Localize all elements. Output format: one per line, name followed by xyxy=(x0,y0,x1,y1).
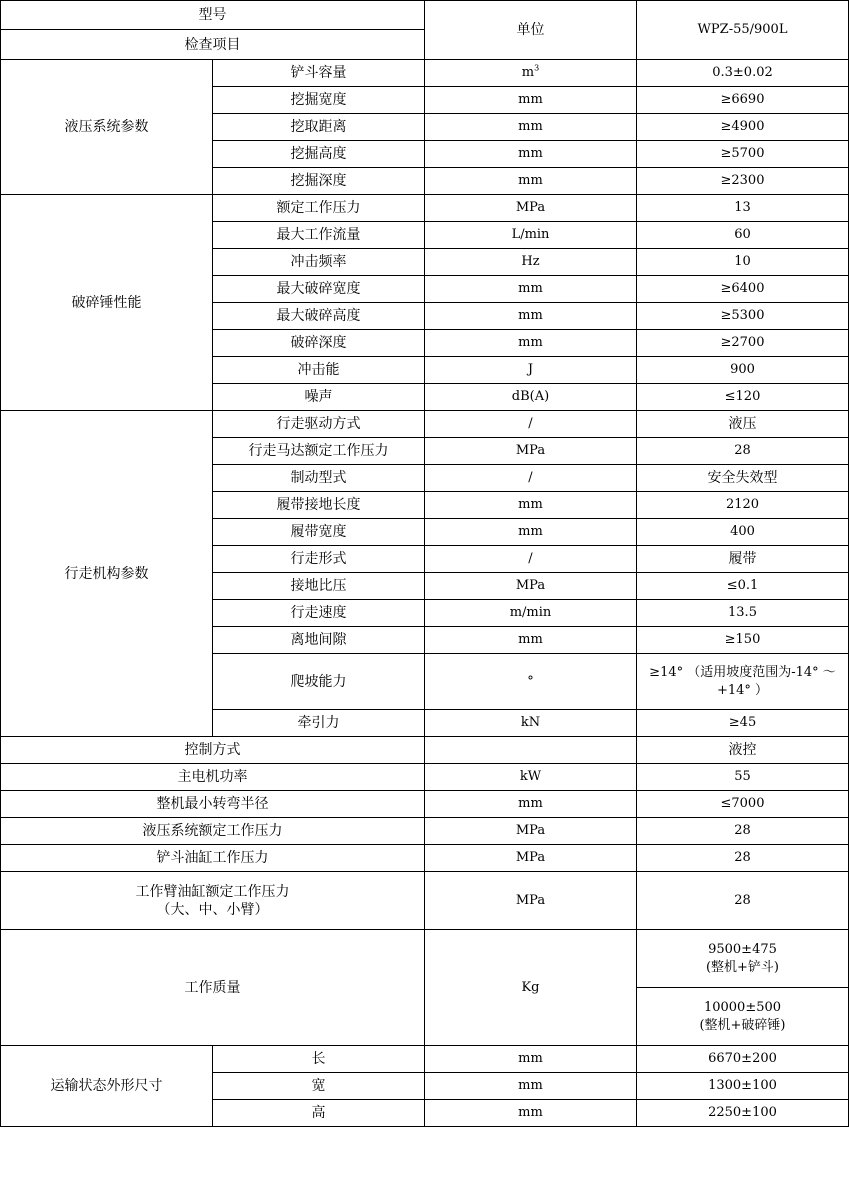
mass-unit: Kg xyxy=(425,930,637,1046)
table-row: 工作质量 Kg 9500±475 (整机+铲斗) xyxy=(1,930,849,988)
group-breaker: 破碎锤性能 xyxy=(1,195,213,411)
unit-cell: MPa xyxy=(425,573,637,600)
item-cell: 整机最小转弯半径 xyxy=(1,791,425,818)
unit-cell: mm xyxy=(425,791,637,818)
item-cell: 行走驱动方式 xyxy=(213,411,425,438)
table-row: 液压系统参数 铲斗容量 m3 0.3±0.02 xyxy=(1,60,849,87)
item-cell: 牵引力 xyxy=(213,710,425,737)
value-cell: ≤0.1 xyxy=(637,573,849,600)
header-model-label: 型号 xyxy=(1,1,425,30)
unit-cell: mm xyxy=(425,1046,637,1073)
item-cell: 控制方式 xyxy=(1,737,425,764)
mass-value-line-1: 10000±500 xyxy=(641,999,844,1017)
value-cell: ≥5300 xyxy=(637,303,849,330)
item-cell: 破碎深度 xyxy=(213,330,425,357)
value-cell: 55 xyxy=(637,764,849,791)
mass-value-line-2: (整机+破碎锤) xyxy=(641,1017,844,1035)
value-cell: 28 xyxy=(637,872,849,930)
item-cell: 宽 xyxy=(213,1073,425,1100)
item-cell: 工作臂油缸额定工作压力 （大、中、小臂） xyxy=(1,872,425,930)
value-cell: 400 xyxy=(637,519,849,546)
unit-cell: L/min xyxy=(425,222,637,249)
unit-cell: / xyxy=(425,546,637,573)
table-row: 运输状态外形尺寸 长 mm 6670±200 xyxy=(1,1046,849,1073)
header-row: 型号 单位 WPZ-55/900L xyxy=(1,1,849,30)
table-row: 铲斗油缸工作压力 MPa 28 xyxy=(1,845,849,872)
unit-cell: mm xyxy=(425,1073,637,1100)
value-cell: 6670±200 xyxy=(637,1046,849,1073)
value-cell: 10 xyxy=(637,249,849,276)
value-cell: ≥150 xyxy=(637,627,849,654)
unit-cell: mm xyxy=(425,87,637,114)
unit-cell: m3 xyxy=(425,60,637,87)
value-cell: 13.5 xyxy=(637,600,849,627)
value-cell: 28 xyxy=(637,845,849,872)
unit-cell: mm xyxy=(425,303,637,330)
value-cell: ≥45 xyxy=(637,710,849,737)
value-cell: 28 xyxy=(637,818,849,845)
value-cell: 0.3±0.02 xyxy=(637,60,849,87)
mass-label: 工作质量 xyxy=(1,930,425,1046)
table-row: 主电机功率 kW 55 xyxy=(1,764,849,791)
group-hydraulic: 液压系统参数 xyxy=(1,60,213,195)
item-cell: 最大破碎宽度 xyxy=(213,276,425,303)
item-cell: 液压系统额定工作压力 xyxy=(1,818,425,845)
item-cell: 冲击能 xyxy=(213,357,425,384)
unit-superscript: 3 xyxy=(534,64,539,73)
unit-cell: mm xyxy=(425,330,637,357)
table-row: 行走机构参数 行走驱动方式 / 液压 xyxy=(1,411,849,438)
unit-cell xyxy=(425,737,637,764)
item-cell: 履带接地长度 xyxy=(213,492,425,519)
unit-cell: MPa xyxy=(425,845,637,872)
item-cell: 挖掘高度 xyxy=(213,141,425,168)
item-cell: 主电机功率 xyxy=(1,764,425,791)
header-item-label: 检查项目 xyxy=(1,30,425,60)
value-cell: 900 xyxy=(637,357,849,384)
group-transport: 运输状态外形尺寸 xyxy=(1,1046,213,1127)
item-cell: 铲斗容量 xyxy=(213,60,425,87)
mass-value-line-1: 9500±475 xyxy=(641,941,844,959)
item-cell: 挖掘深度 xyxy=(213,168,425,195)
unit-text: m xyxy=(522,65,534,80)
mass-value-line-2: (整机+铲斗) xyxy=(641,959,844,977)
unit-cell: mm xyxy=(425,519,637,546)
spec-table: 型号 单位 WPZ-55/900L 检查项目 液压系统参数 铲斗容量 m3 0.… xyxy=(0,0,849,1127)
value-cell: ≥4900 xyxy=(637,114,849,141)
table-row: 整机最小转弯半径 mm ≤7000 xyxy=(1,791,849,818)
unit-cell: mm xyxy=(425,114,637,141)
unit-cell: dB(A) xyxy=(425,384,637,411)
value-cell: 2120 xyxy=(637,492,849,519)
value-cell: ≤120 xyxy=(637,384,849,411)
table-row: 控制方式 液控 xyxy=(1,737,849,764)
unit-cell: / xyxy=(425,411,637,438)
table-row: 液压系统额定工作压力 MPa 28 xyxy=(1,818,849,845)
mass-value-bucket: 9500±475 (整机+铲斗) xyxy=(637,930,849,988)
item-cell: 爬坡能力 xyxy=(213,654,425,710)
item-cell: 挖掘宽度 xyxy=(213,87,425,114)
table-row: 工作臂油缸额定工作压力 （大、中、小臂） MPa 28 xyxy=(1,872,849,930)
unit-cell: m/min xyxy=(425,600,637,627)
item-cell: 额定工作压力 xyxy=(213,195,425,222)
item-line-1: 工作臂油缸额定工作压力 xyxy=(5,883,420,901)
item-line-2: （大、中、小臂） xyxy=(5,901,420,919)
unit-cell: mm xyxy=(425,1100,637,1127)
value-cell: 液控 xyxy=(637,737,849,764)
unit-cell: mm xyxy=(425,168,637,195)
item-cell: 最大工作流量 xyxy=(213,222,425,249)
item-cell: 高 xyxy=(213,1100,425,1127)
item-cell: 挖取距离 xyxy=(213,114,425,141)
item-cell: 行走速度 xyxy=(213,600,425,627)
item-cell: 制动型式 xyxy=(213,465,425,492)
unit-cell: mm xyxy=(425,141,637,168)
unit-cell: mm xyxy=(425,276,637,303)
item-cell: 最大破碎高度 xyxy=(213,303,425,330)
value-cell: ≥5700 xyxy=(637,141,849,168)
value-cell: 60 xyxy=(637,222,849,249)
unit-cell: MPa xyxy=(425,818,637,845)
item-cell: 离地间隙 xyxy=(213,627,425,654)
item-cell: 铲斗油缸工作压力 xyxy=(1,845,425,872)
value-cell: 履带 xyxy=(637,546,849,573)
unit-cell: / xyxy=(425,465,637,492)
item-cell: 行走马达额定工作压力 xyxy=(213,438,425,465)
unit-cell: ° xyxy=(425,654,637,710)
item-cell: 履带宽度 xyxy=(213,519,425,546)
item-cell: 长 xyxy=(213,1046,425,1073)
value-cell: 液压 xyxy=(637,411,849,438)
header-model-value: WPZ-55/900L xyxy=(637,1,849,60)
unit-cell: mm xyxy=(425,492,637,519)
value-cell: 1300±100 xyxy=(637,1073,849,1100)
unit-cell: mm xyxy=(425,627,637,654)
unit-cell: kW xyxy=(425,764,637,791)
unit-cell: MPa xyxy=(425,438,637,465)
header-unit-label: 单位 xyxy=(425,1,637,60)
value-cell: ≥6400 xyxy=(637,276,849,303)
item-cell: 接地比压 xyxy=(213,573,425,600)
unit-cell: Hz xyxy=(425,249,637,276)
item-cell: 冲击频率 xyxy=(213,249,425,276)
mass-value-breaker: 10000±500 (整机+破碎锤) xyxy=(637,988,849,1046)
value-cell: ≥6690 xyxy=(637,87,849,114)
unit-cell: J xyxy=(425,357,637,384)
value-cell: ≥2700 xyxy=(637,330,849,357)
unit-cell: MPa xyxy=(425,872,637,930)
value-cell: 13 xyxy=(637,195,849,222)
table-row: 破碎锤性能 额定工作压力 MPa 13 xyxy=(1,195,849,222)
group-travel: 行走机构参数 xyxy=(1,411,213,737)
value-cell: ≥14° （适用坡度范围为-14° ～+14° ） xyxy=(637,654,849,710)
item-cell: 噪声 xyxy=(213,384,425,411)
item-cell: 行走形式 xyxy=(213,546,425,573)
unit-cell: kN xyxy=(425,710,637,737)
unit-cell: MPa xyxy=(425,195,637,222)
value-cell: 安全失效型 xyxy=(637,465,849,492)
value-cell: 2250±100 xyxy=(637,1100,849,1127)
value-cell: ≤7000 xyxy=(637,791,849,818)
value-cell: ≥2300 xyxy=(637,168,849,195)
value-cell: 28 xyxy=(637,438,849,465)
